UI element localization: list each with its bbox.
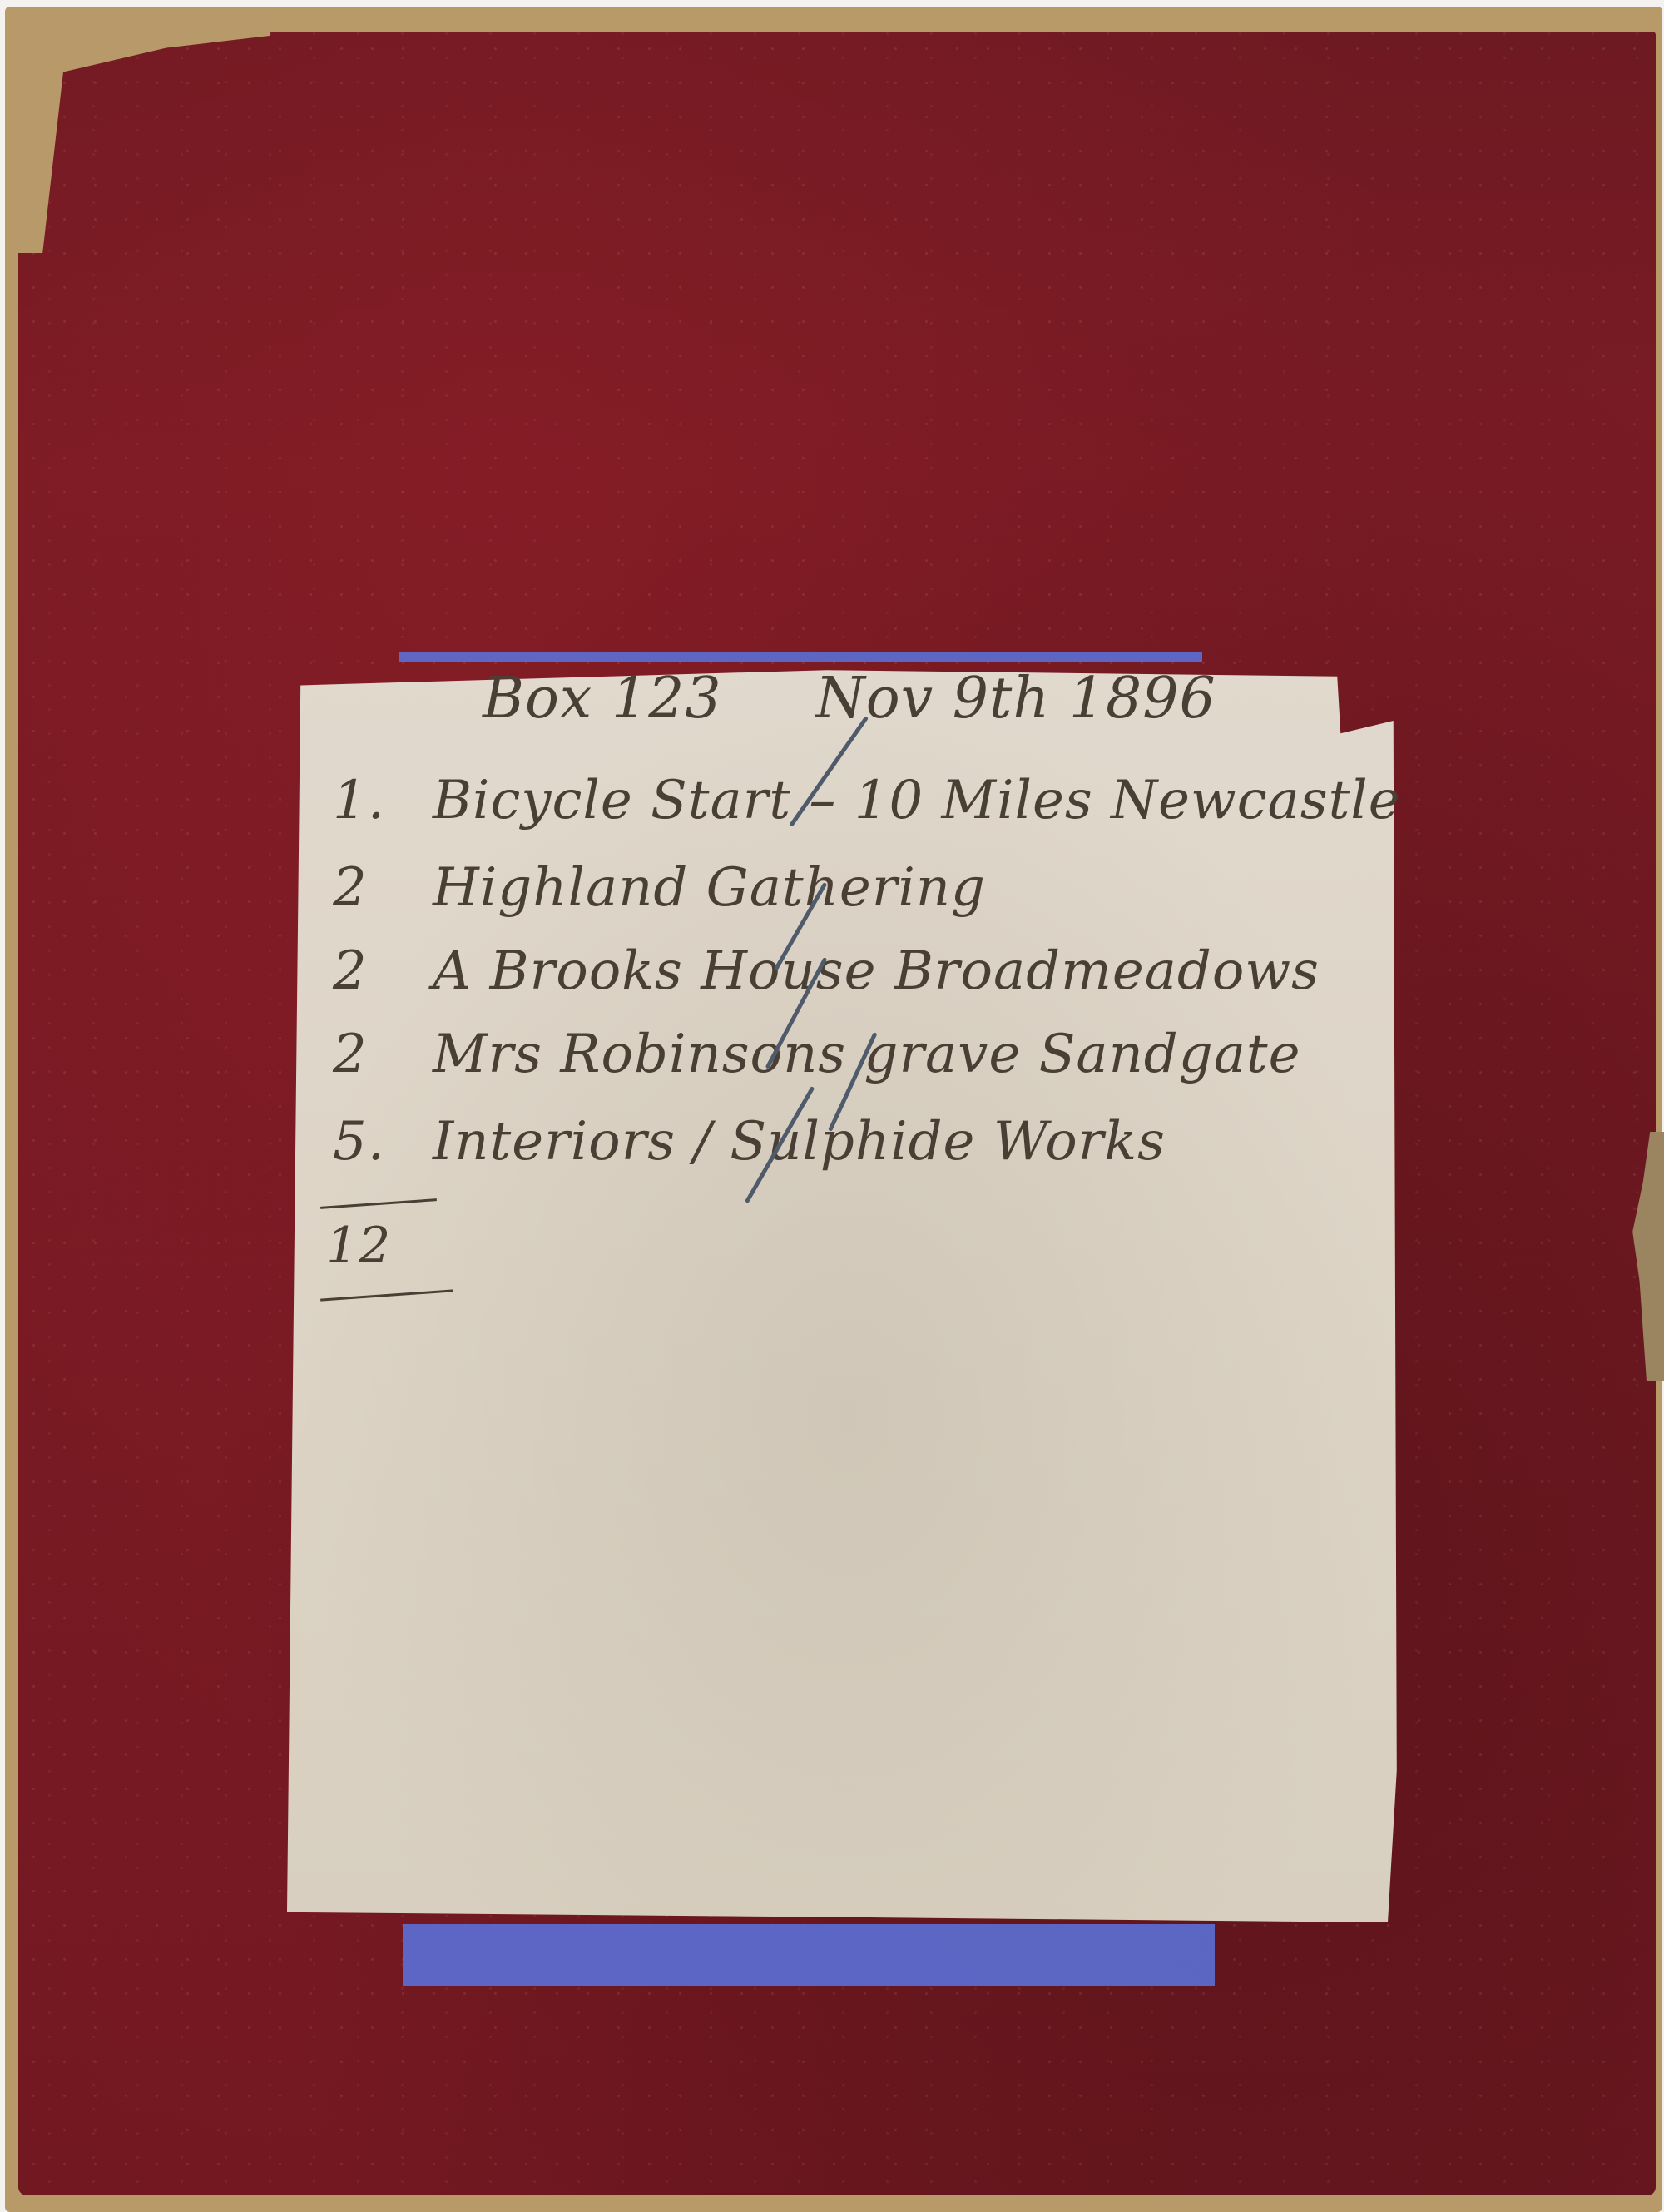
item-qty: 2 xyxy=(333,940,433,1002)
list-item: 2A Brooks House Broadmeadows xyxy=(333,940,1320,1002)
label-header: Box 123 Nov 9th 1896 xyxy=(483,666,1216,732)
list-item: 2Mrs Robinsons grave Sandgate xyxy=(333,1024,1300,1085)
item-qty: 2 xyxy=(333,1024,433,1085)
paper-label xyxy=(287,657,1410,1922)
item-text: Interiors / Sulphide Works xyxy=(433,1111,1166,1173)
item-text: Bicycle Start – 10 Miles Newcastle xyxy=(433,770,1401,831)
item-qty: 1. xyxy=(333,770,433,831)
item-qty: 2 xyxy=(333,857,433,919)
list-item: 1.Bicycle Start – 10 Miles Newcastle xyxy=(333,770,1401,831)
blue-tape-bottom xyxy=(403,1924,1215,1986)
blue-tape-top xyxy=(399,652,1202,662)
box-number: Box 123 xyxy=(483,666,722,732)
label-date: Nov 9th 1896 xyxy=(815,666,1216,732)
item-text: Highland Gathering xyxy=(433,857,986,919)
item-text: A Brooks House Broadmeadows xyxy=(433,940,1320,1002)
item-qty: 5. xyxy=(333,1111,433,1173)
list-item: 5.Interiors / Sulphide Works xyxy=(333,1111,1166,1173)
list-item: 2Highland Gathering xyxy=(333,857,986,919)
total-count: 12 xyxy=(326,1217,391,1275)
